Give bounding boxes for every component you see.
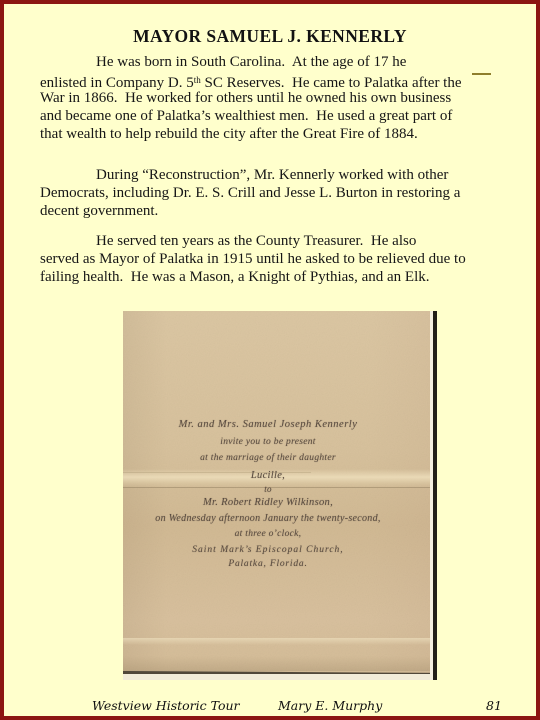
fold-crease (123, 638, 437, 645)
invitation-line: Palatka, Florida. (123, 559, 413, 569)
document-page: MAYOR SAMUEL J. KENNERLY He was born in … (0, 0, 540, 720)
text-line: He was born in South Carolina. At the ag… (40, 53, 520, 71)
text-line: During “Reconstruction”, Mr. Kennerly wo… (40, 166, 520, 184)
text-line: Democrats, including Dr. E. S. Crill and… (40, 184, 520, 202)
text-line: decent government. (40, 202, 520, 220)
invitation-line: at the marriage of their daughter (123, 453, 413, 463)
invitation-line: Mr. Robert Ridley Wilkinson, (123, 497, 413, 508)
photo-bottom-margin (123, 674, 437, 680)
text-line: failing health. He was a Mason, a Knight… (40, 268, 520, 286)
paragraph-reconstruction: During “Reconstruction”, Mr. Kennerly wo… (40, 166, 520, 220)
text-line: War in 1866. He worked for others until … (40, 89, 520, 107)
ordinal-superscript: th (194, 75, 201, 85)
text-line: and became one of Palatka’s wealthiest m… (40, 107, 520, 125)
photo-shading (123, 656, 437, 671)
text-line: He served ten years as the County Treasu… (40, 232, 520, 250)
invitation-line: to (123, 484, 413, 494)
invitation-line: at three o’clock, (123, 529, 413, 539)
paragraph-biography: He was born in South Carolina. At the ag… (40, 53, 520, 143)
footer-tour-name: Westview Historic Tour (92, 698, 240, 713)
invitation-photo: Mr. and Mrs. Samuel Joseph Kennerly invi… (123, 311, 437, 680)
page-title: MAYOR SAMUEL J. KENNERLY (0, 26, 540, 47)
paper-texture (123, 311, 437, 680)
invitation-line: invite you to be present (123, 437, 413, 447)
text-line: that wealth to help rebuild the city aft… (40, 125, 520, 143)
text-line: enlisted in Company D. 5th SC Reserves. … (40, 71, 520, 89)
paragraph-service: He served ten years as the County Treasu… (40, 232, 520, 286)
photo-right-edge (433, 311, 437, 680)
invitation-line: Saint Mark’s Episcopal Church, (123, 545, 413, 555)
footer-page-number: 81 (486, 698, 502, 713)
invitation-line: Mr. and Mrs. Samuel Joseph Kennerly (123, 419, 413, 430)
text-line: served as Mayor of Palatka in 1915 until… (40, 250, 520, 268)
footer-author-name: Mary E. Murphy (278, 698, 382, 713)
invitation-line: Lucille, (123, 470, 413, 481)
invitation-line: on Wednesday afternoon January the twent… (123, 513, 413, 524)
scan-artifact-line (472, 73, 491, 75)
